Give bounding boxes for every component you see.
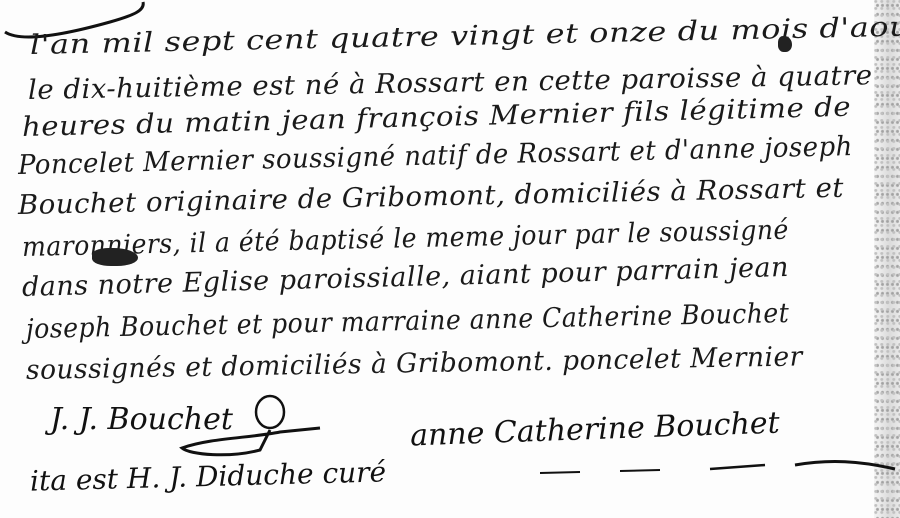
signature-priest: ita est H. J. Diduche curé xyxy=(30,455,387,497)
scanned-register-page: l'an mil sept cent quatre vingt et onze … xyxy=(0,0,900,518)
text-line-8: joseph Bouchet et pour marraine anne Cat… xyxy=(26,298,790,345)
ink-blot-small xyxy=(778,36,792,52)
text-line-1: l'an mil sept cent quatre vingt et onze … xyxy=(30,11,900,61)
signature-godmother: anne Catherine Bouchet xyxy=(410,406,781,454)
ink-blot xyxy=(92,248,138,266)
page-edge-shadow xyxy=(874,0,900,518)
closing-dashes xyxy=(540,455,900,485)
text-line-5: Bouchet originaire de Gribomont, domicil… xyxy=(18,173,845,221)
text-line-9: soussignés et domiciliés à Gribomont. po… xyxy=(26,341,803,386)
signature-godfather: J. J. Bouchet xyxy=(50,402,233,437)
